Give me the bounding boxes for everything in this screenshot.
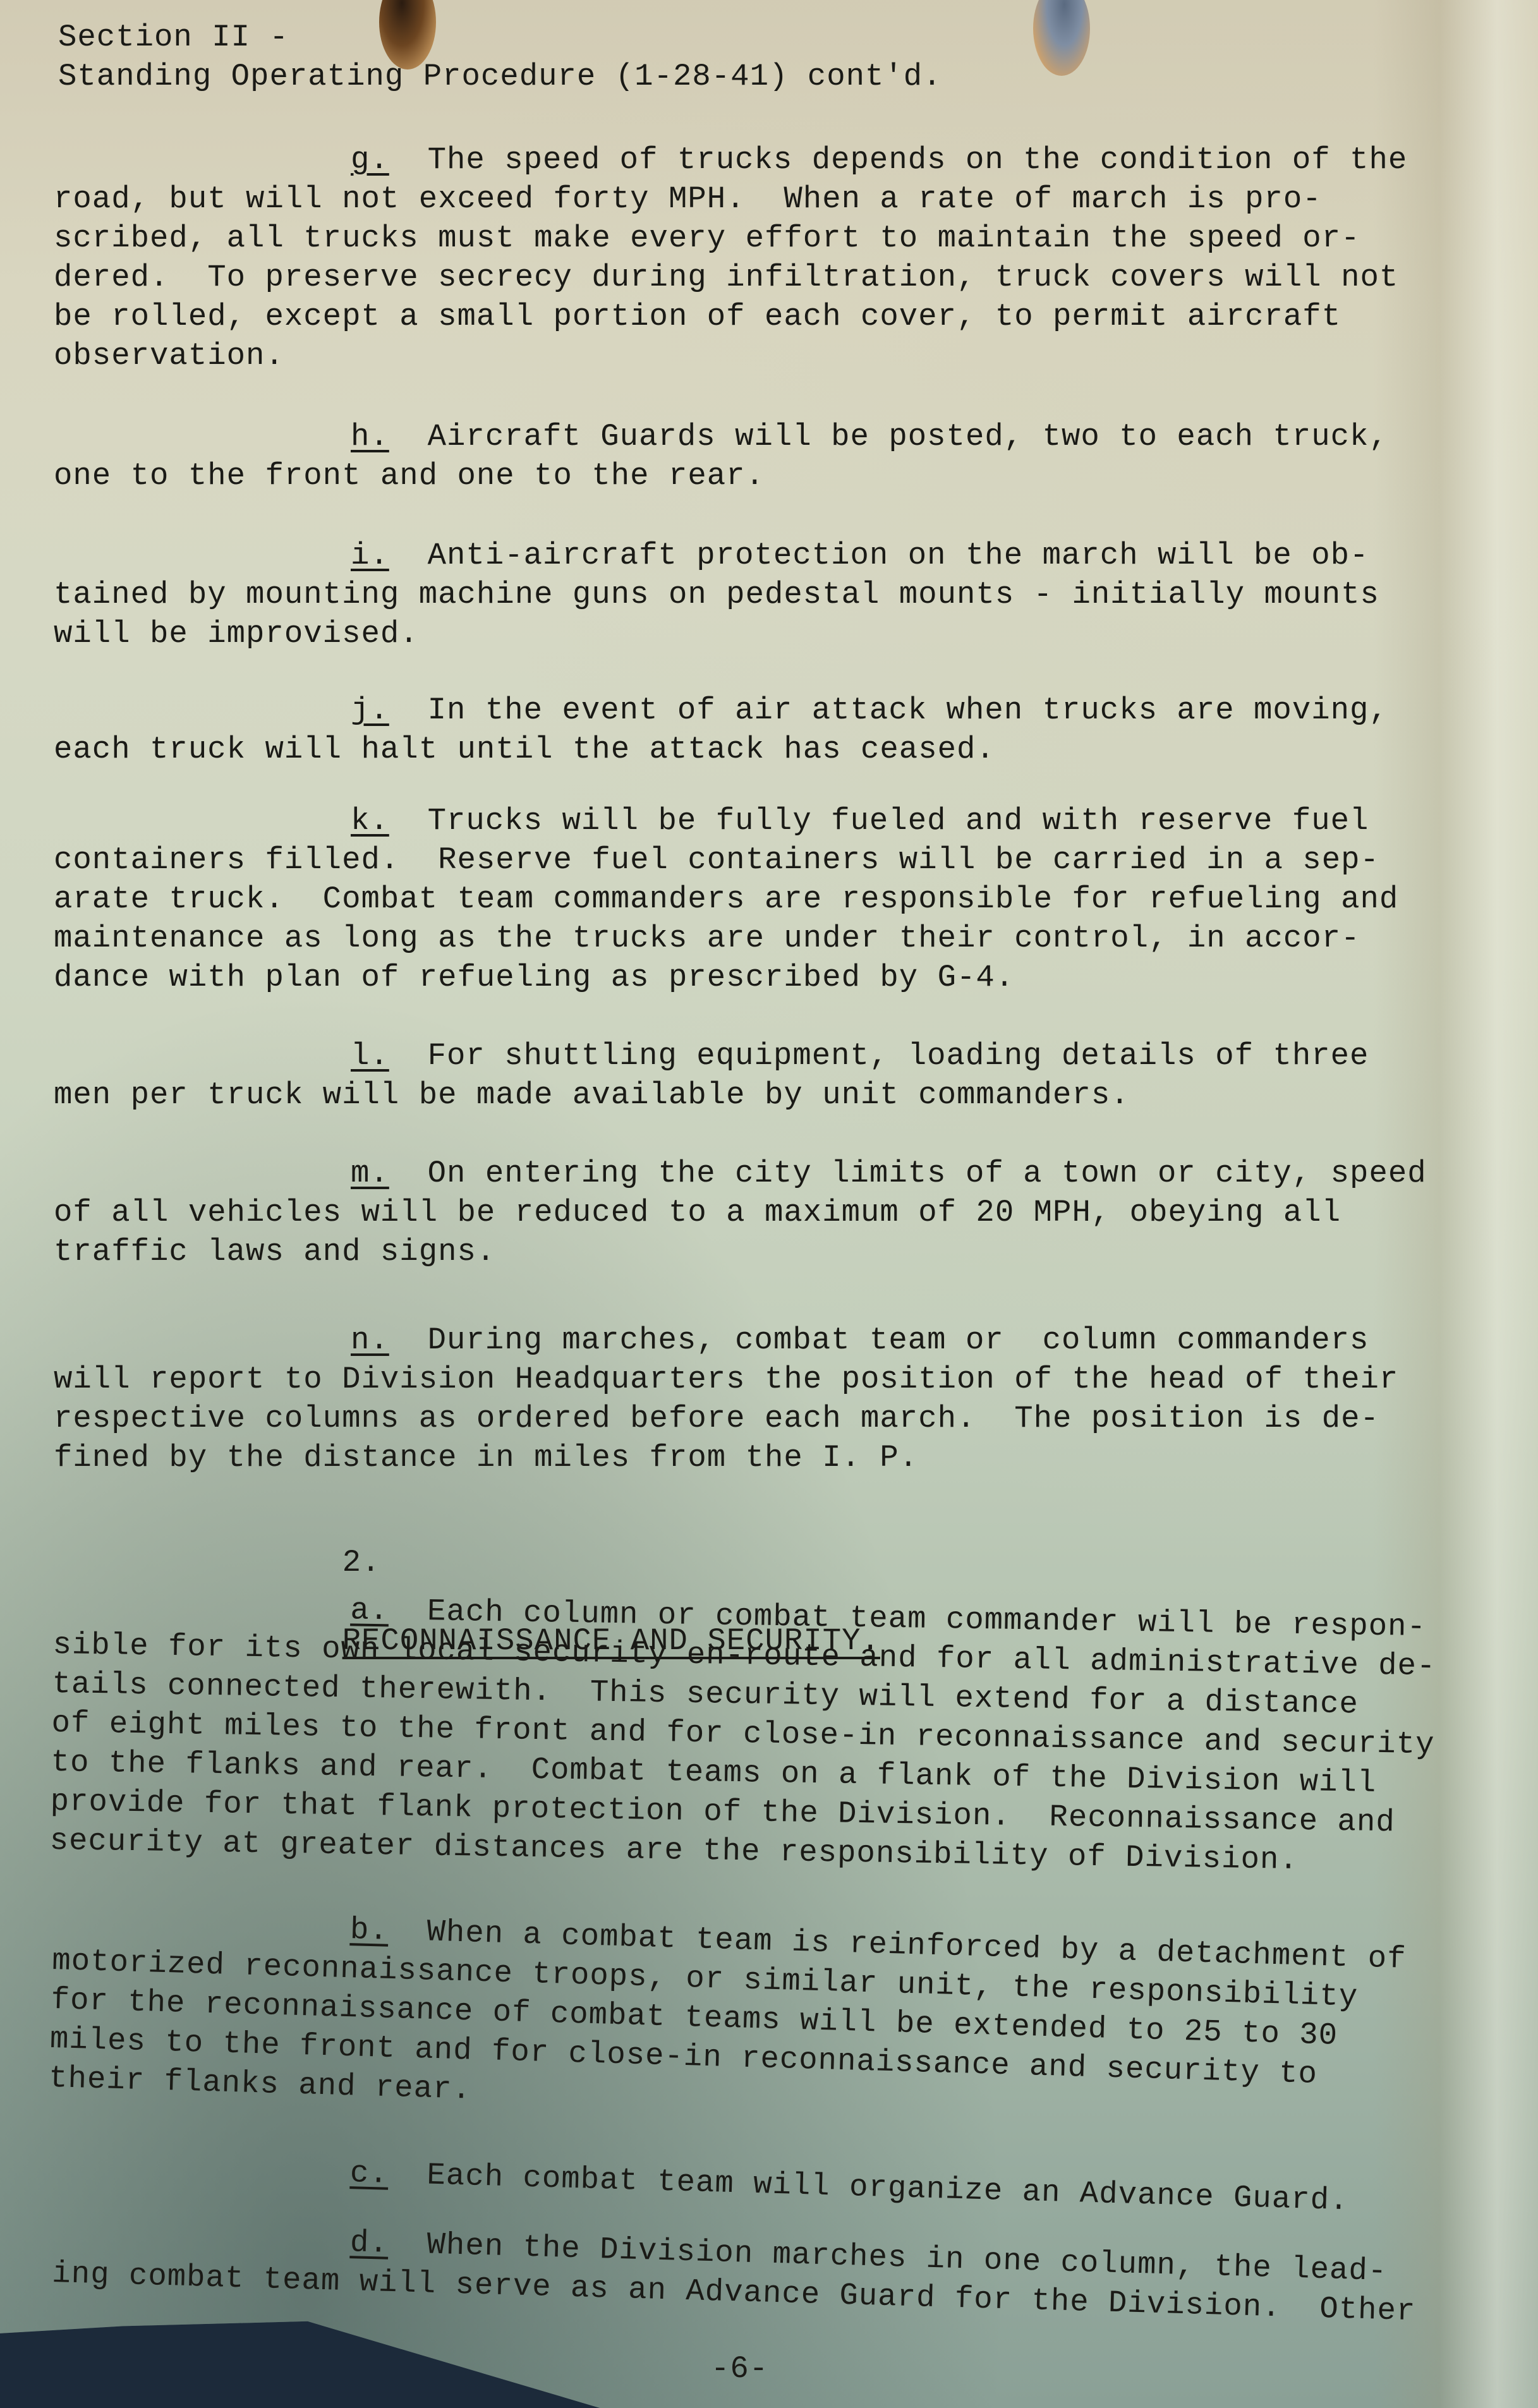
document-header: Section II - Standing Operating Procedur… (58, 18, 942, 96)
paragraph-letter: b. (349, 1912, 389, 1949)
line-text: scribed, all trucks must make every effo… (54, 221, 1360, 256)
paragraph-line: k. Trucks will be fully fueled and with … (54, 801, 1463, 840)
paragraph-letter: c. (349, 2155, 389, 2192)
paragraph-line: tained by mounting machine guns on pedes… (54, 575, 1463, 614)
line-text: maintenance as long as the trucks are un… (54, 921, 1360, 956)
paragraph-letter: d. (349, 2225, 389, 2261)
paragraph-line: will be improvised. (54, 614, 1463, 653)
paragraph-line: fined by the distance in miles from the … (54, 1438, 1463, 1477)
paragraph-line: one to the front and one to the rear. (54, 456, 1463, 495)
line-text: will be improvised. (54, 616, 419, 651)
line-text: For shuttling equipment, loading details… (428, 1038, 1369, 1074)
line-text: dered. To preserve secrecy during infilt… (54, 260, 1398, 295)
line-text: respective columns as ordered before eac… (54, 1401, 1379, 1436)
paragraph-line: arate truck. Combat team commanders are … (54, 880, 1463, 919)
paragraph-line: g. The speed of trucks depends on the co… (54, 140, 1463, 179)
paragraph-m: m. On entering the city limits of a town… (54, 1154, 1463, 1271)
paragraph-line: maintenance as long as the trucks are un… (54, 919, 1463, 958)
line-text: Anti-aircraft protection on the march wi… (428, 538, 1369, 573)
paragraph-b: b. When a combat team is reinforced by a… (48, 1902, 1462, 2137)
line-text: one to the front and one to the rear. (54, 458, 765, 493)
line-text: fined by the distance in miles from the … (54, 1440, 918, 1475)
paragraph-letter: a. (350, 1592, 389, 1628)
paragraph-line: be rolled, except a small portion of eac… (54, 297, 1463, 336)
line-text: men per truck will be made available by … (54, 1077, 1130, 1113)
paragraph-line: m. On entering the city limits of a town… (54, 1154, 1463, 1193)
line-text: In the event of air attack when trucks a… (428, 693, 1388, 728)
paragraph-line: each truck will halt until the attack ha… (54, 730, 1463, 769)
paragraph-line: h. Aircraft Guards will be posted, two t… (54, 417, 1463, 456)
paragraph-letter: i. (351, 538, 389, 573)
paragraph-line: scribed, all trucks must make every effo… (54, 219, 1463, 258)
paragraph-line: i. Anti-aircraft protection on the march… (54, 536, 1463, 575)
line-text: observation. (54, 338, 284, 373)
line-text: traffic laws and signs. (54, 1234, 495, 1269)
line-text: The speed of trucks depends on the condi… (428, 142, 1408, 178)
paragraph-line: observation. (54, 336, 1463, 375)
line-text: Trucks will be fully fueled and with res… (428, 803, 1369, 838)
paragraph-line: traffic laws and signs. (54, 1232, 1463, 1271)
paragraph-line: containers filled. Reserve fuel containe… (54, 840, 1463, 880)
paragraph-line: of all vehicles will be reduced to a max… (54, 1193, 1463, 1232)
paragraph-line: will report to Division Headquarters the… (54, 1360, 1463, 1399)
line-text: road, but will not exceed forty MPH. Whe… (54, 181, 1322, 217)
paragraph-line: c. Each combat team will organize an Adv… (52, 2145, 1462, 2223)
line-text: containers filled. Reserve fuel containe… (54, 842, 1379, 878)
paragraph-line: men per truck will be made available by … (54, 1075, 1463, 1115)
paragraph-line: dance with plan of refueling as prescrib… (54, 958, 1463, 997)
line-text: On entering the city limits of a town or… (428, 1156, 1427, 1191)
paragraph-letter: h. (351, 419, 389, 454)
section-number: 2. (342, 1545, 381, 1580)
paragraph-line: respective columns as ordered before eac… (54, 1399, 1463, 1438)
line-text: arate truck. Combat team commanders are … (54, 881, 1398, 917)
paragraph-h: h. Aircraft Guards will be posted, two t… (54, 417, 1463, 495)
typewritten-document: Section II - Standing Operating Procedur… (0, 0, 1538, 2408)
paragraph-k: k. Trucks will be fully fueled and with … (54, 801, 1463, 997)
paragraph-g: g. The speed of trucks depends on the co… (54, 140, 1463, 375)
paragraph-line: n. During marches, combat team or column… (54, 1321, 1463, 1360)
document-title: Standing Operating Procedure (1-28-41) c… (58, 57, 942, 96)
paragraph-letter: n. (351, 1322, 389, 1358)
paragraph-l: l. For shuttling equipment, loading deta… (54, 1036, 1463, 1115)
line-text: During marches, combat team or column co… (428, 1322, 1369, 1358)
paragraph-i: i. Anti-aircraft protection on the march… (54, 536, 1463, 653)
paragraph-a: a. Each column or combat team commander … (49, 1586, 1463, 1882)
paragraph-line: road, but will not exceed forty MPH. Whe… (54, 179, 1463, 219)
paragraph-letter: l. (351, 1038, 389, 1074)
page-number: -6- (711, 2349, 768, 2388)
paragraph-c: c. Each combat team will organize an Adv… (52, 2145, 1462, 2223)
line-text: will report to Division Headquarters the… (54, 1362, 1398, 1397)
line-text: Aircraft Guards will be posted, two to e… (428, 419, 1388, 454)
paragraph-letter: g. (351, 142, 389, 178)
line-text: dance with plan of refueling as prescrib… (54, 960, 1014, 995)
paragraph-d: d. When the Division marches in one colu… (52, 2215, 1463, 2332)
line-text: tained by mounting machine guns on pedes… (54, 577, 1379, 612)
paragraph-line: j. In the event of air attack when truck… (54, 691, 1463, 730)
paragraph-letter: j. (351, 693, 389, 728)
paragraph-line: l. For shuttling equipment, loading deta… (54, 1036, 1463, 1075)
paragraph-line: dered. To preserve secrecy during infilt… (54, 258, 1463, 297)
line-text: be rolled, except a small portion of eac… (54, 299, 1341, 334)
line-text: Each combat team will organize an Advanc… (427, 2158, 1349, 2219)
line-text: each truck will halt until the attack ha… (54, 732, 995, 767)
line-text: of all vehicles will be reduced to a max… (54, 1195, 1341, 1230)
section-label: Section II - (58, 18, 942, 57)
paragraph-j: j. In the event of air attack when truck… (54, 691, 1463, 769)
paragraph-n: n. During marches, combat team or column… (54, 1321, 1463, 1477)
paragraph-letter: m. (351, 1156, 389, 1191)
paragraph-letter: k. (351, 803, 389, 838)
